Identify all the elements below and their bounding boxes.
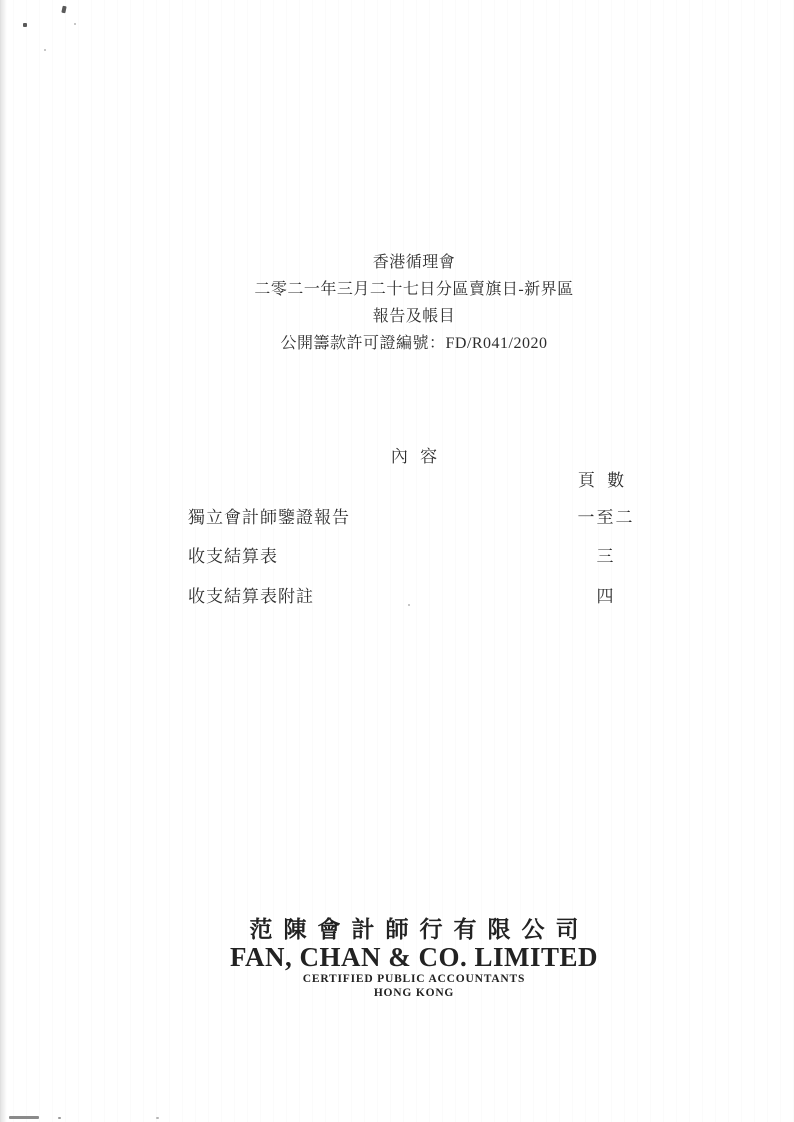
scan-speck bbox=[58, 1117, 61, 1119]
scan-speck bbox=[9, 1116, 39, 1119]
scan-speck bbox=[23, 23, 27, 27]
firm-location: HONG KONG bbox=[34, 987, 794, 1000]
scanned-report-cover-page: 香港循理會 二零二一年三月二十七日分區賣旗日-新界區 報告及帳目 公開籌款許可證… bbox=[0, 0, 794, 1122]
report-title-block: 香港循理會 二零二一年三月二十七日分區賣旗日-新界區 報告及帳目 公開籌款許可證… bbox=[34, 249, 794, 357]
contents-heading: 內 容 bbox=[34, 446, 794, 468]
organization-name: 香港循理會 bbox=[34, 249, 794, 276]
firm-name-english: FAN, CHAN & CO. LIMITED bbox=[34, 944, 794, 970]
firm-name-chinese: 范陳會計師行有限公司 bbox=[34, 916, 794, 944]
toc-item-label: 收支結算表附註 bbox=[188, 587, 314, 606]
scan-speck bbox=[44, 49, 46, 51]
toc-row: 獨立會計師鑒證報告 一至二 bbox=[188, 507, 708, 529]
accounting-firm-block: 范陳會計師行有限公司 FAN, CHAN & CO. LIMITED CERTI… bbox=[34, 916, 794, 1000]
report-subtitle: 報告及帳目 bbox=[34, 303, 794, 330]
toc-row: 收支結算表附註 四 bbox=[188, 586, 708, 608]
toc-row: 收支結算表 三 bbox=[188, 546, 708, 568]
toc-item-pages: 三 bbox=[558, 546, 654, 568]
page-number-column-heading: 頁 數 bbox=[553, 470, 649, 492]
firm-designation: CERTIFIED PUBLIC ACCOUNTANTS bbox=[34, 973, 794, 986]
toc-item-label: 獨立會計師鑒證報告 bbox=[188, 508, 350, 527]
scan-speck bbox=[74, 23, 76, 25]
scan-speck bbox=[156, 1117, 159, 1119]
permit-number-line: 公開籌款許可證編號：FD/R041/2020 bbox=[34, 330, 794, 357]
toc-item-label: 收支結算表 bbox=[188, 547, 278, 566]
event-title: 二零二一年三月二十七日分區賣旗日-新界區 bbox=[34, 276, 794, 303]
scan-edge-shadow bbox=[0, 0, 7, 1122]
toc-item-pages: 四 bbox=[558, 586, 654, 608]
toc-item-pages: 一至二 bbox=[558, 507, 654, 529]
scan-speck bbox=[61, 6, 66, 14]
